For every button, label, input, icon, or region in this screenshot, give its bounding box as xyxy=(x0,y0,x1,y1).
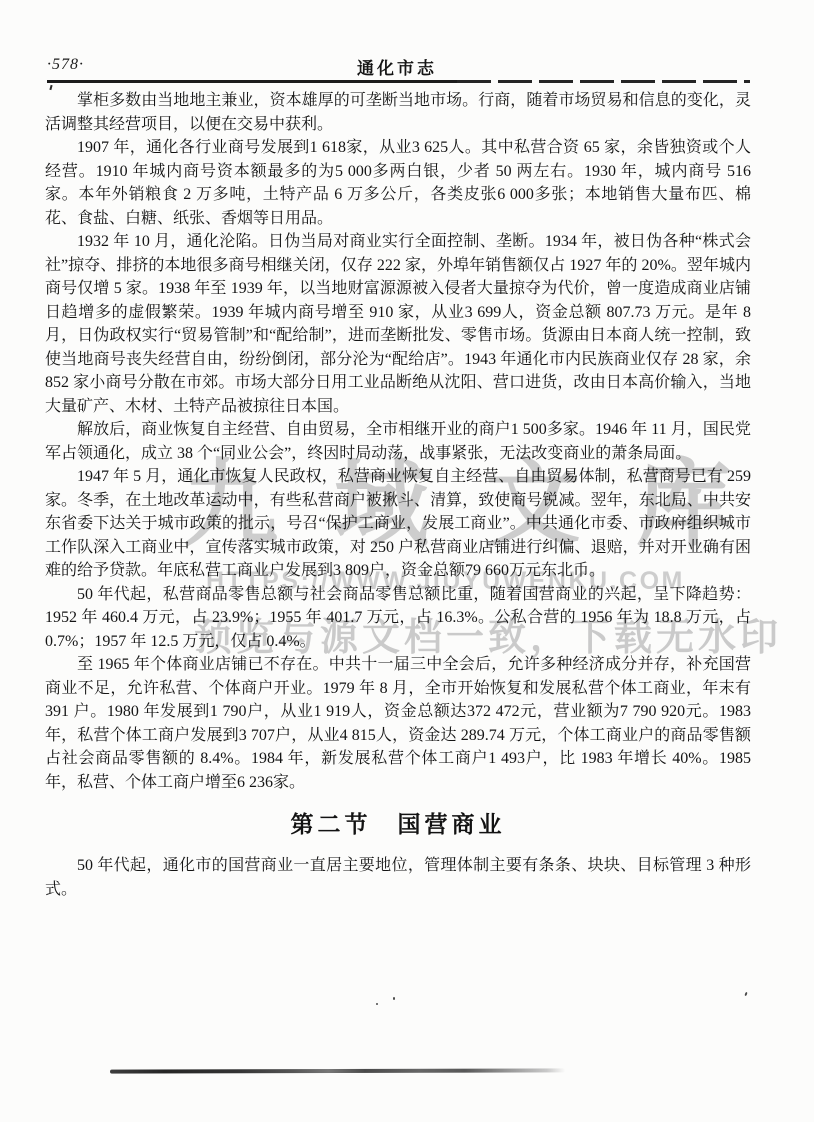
page-body-text: 掌柜多数由当地地主兼业，资本雄厚的可垄断当地市场。行商，随着市场贸易和信息的变化… xyxy=(45,89,751,901)
paragraph: 50 年代起，私营商品零售总额与社会商品零售总额比重，随着国营商业的兴起，呈下降… xyxy=(45,583,751,654)
header-rule-solid-segment xyxy=(47,80,457,83)
book-title: 通化市志 xyxy=(47,54,747,79)
section-paragraphs: 50 年代起，通化市的国营商业一直居主要地位，管理体制主要有条条、块块、目标管理… xyxy=(45,854,751,901)
section-label: 第二节 xyxy=(291,812,372,837)
scan-speck xyxy=(376,1003,378,1005)
paragraph: 1907 年，通化各行业商号发展到1 618家，从业3 625人。其中私营合资 … xyxy=(45,136,751,230)
scan-speck xyxy=(744,992,747,996)
paragraph: 解放后，商业恢复自主经营、自由贸易，全市相继开业的商户1 500多家。1946 … xyxy=(45,418,751,465)
header-rule xyxy=(47,80,750,83)
scan-speck xyxy=(393,997,395,1000)
section-heading: 第二节国营商业 xyxy=(45,810,751,840)
scanned-book-page: ·578· 通化市志 九域文库 HTTPS://WWW.JIUYUWENKU.C… xyxy=(0,0,814,1122)
chapter-paragraphs: 掌柜多数由当地地主兼业，资本雄厚的可垄断当地市场。行商，随着市场贸易和信息的变化… xyxy=(45,89,751,794)
paragraph: 50 年代起，通化市的国营商业一直居主要地位，管理体制主要有条条、块块、目标管理… xyxy=(45,854,751,901)
scan-smudge-line xyxy=(110,1068,565,1073)
paragraph: 至 1965 年个体商业店铺已不存在。中共十一届三中全会后，允许多种经济成分并存… xyxy=(45,653,751,794)
section-title: 国营商业 xyxy=(398,812,506,837)
header-rule-dashed-segment xyxy=(457,80,750,82)
page-header: ·578· 通化市志 xyxy=(47,54,747,78)
paragraph: 1932 年 10 月，通化沦陷。日伪当局对商业实行全面控制、垄断。1934 年… xyxy=(45,230,751,418)
paragraph: 掌柜多数由当地地主兼业，资本雄厚的可垄断当地市场。行商，随着市场贸易和信息的变化… xyxy=(45,89,751,136)
paragraph: 1947 年 5 月，通化市恢复人民政权，私营商业恢复自主经营、自由贸易体制，私… xyxy=(45,465,751,583)
